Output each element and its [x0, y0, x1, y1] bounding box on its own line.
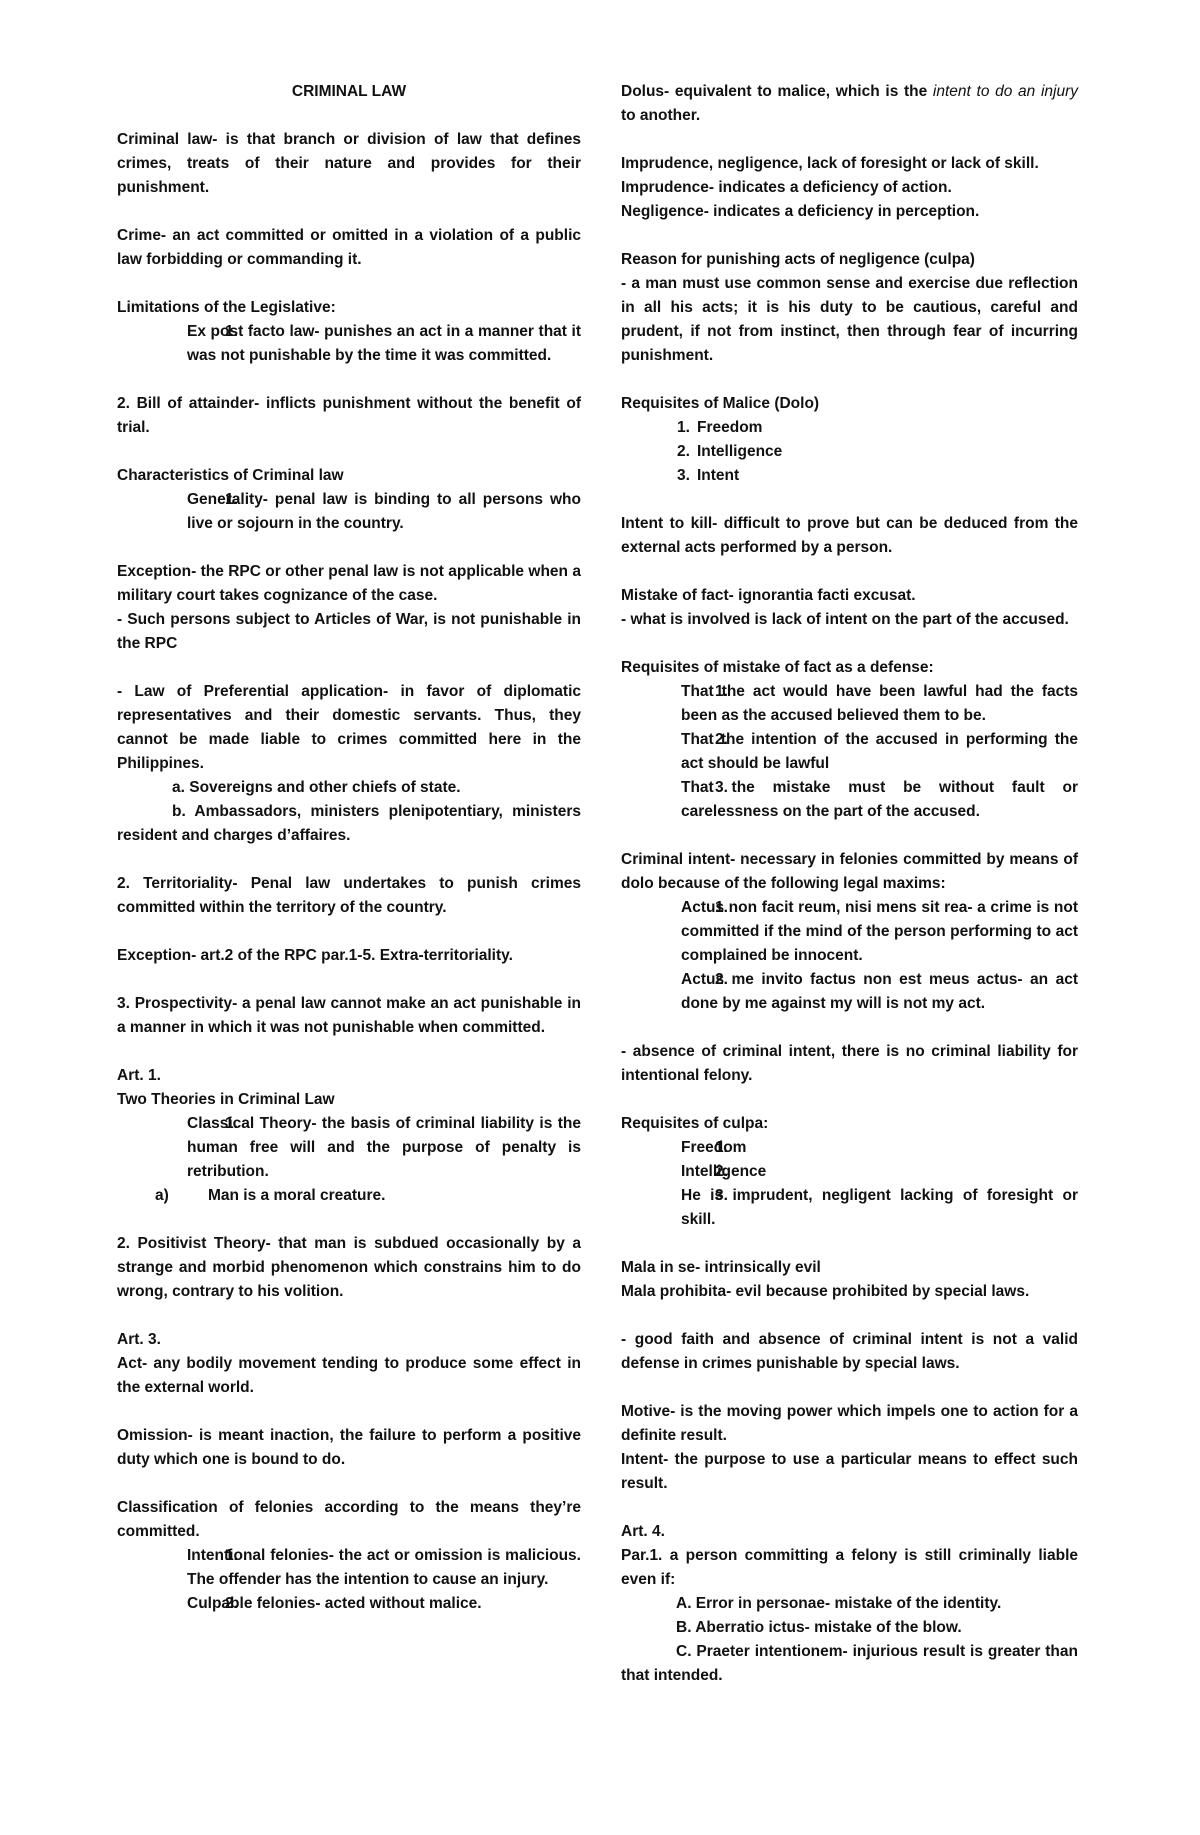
art4-par1: Par.1. a person committing a felony is s… — [621, 1544, 1078, 1592]
list-item: 1. Ex post facto law- punishes an act in… — [187, 320, 581, 368]
list-item: 1.Freedom — [681, 1136, 1078, 1160]
list-item: 2.Intelligence — [621, 440, 1078, 464]
malice-requisites-list: 1.Freedom 2.Intelligence 3.Intent — [621, 416, 1078, 488]
preferential-item-b: b. Ambassadors, ministers plenipotentiar… — [117, 800, 581, 848]
right-column: Dolus- equivalent to malice, which is th… — [621, 80, 1078, 1688]
list-item: 1.Actus non facit reum, nisi mens sit re… — [681, 896, 1078, 968]
good-faith-note: - good faith and absence of criminal int… — [621, 1328, 1078, 1376]
document-title: CRIMINAL LAW — [117, 80, 581, 104]
characteristics-list: 1. Generality- penal law is binding to a… — [117, 488, 581, 536]
exception-military: Exception- the RPC or other penal law is… — [117, 560, 581, 608]
par1-item-a: A. Error in personae- mistake of the ide… — [621, 1592, 1078, 1616]
definition-intent: Intent- the purpose to use a particular … — [621, 1448, 1078, 1496]
definition-negligence: Negligence- indicates a deficiency in pe… — [621, 200, 1078, 224]
absence-of-intent: - absence of criminal intent, there is n… — [621, 1040, 1078, 1088]
list-item: 1. Classical Theory- the basis of crimin… — [187, 1112, 581, 1184]
intent-to-kill: Intent to kill- difficult to prove but c… — [621, 512, 1078, 560]
limitations-list: 1. Ex post facto law- punishes an act in… — [117, 320, 581, 368]
reason-heading: Reason for punishing acts of negligence … — [621, 248, 1078, 272]
preferential-application: - Law of Preferential application- in fa… — [117, 680, 581, 776]
definition-imprudence: Imprudence- indicates a deficiency of ac… — [621, 176, 1078, 200]
characteristics-heading: Characteristics of Criminal law — [117, 464, 581, 488]
theories-heading: Two Theories in Criminal Law — [117, 1088, 581, 1112]
positivist-theory: 2. Positivist Theory- that man is subdue… — [117, 1232, 581, 1304]
list-item: 3.Intent — [621, 464, 1078, 488]
imprudence-list: Imprudence, negligence, lack of foresigh… — [621, 152, 1078, 176]
mistake-requisites-list: 1.That the act would have been lawful ha… — [621, 680, 1078, 824]
preferential-item-a: a. Sovereigns and other chiefs of state. — [117, 776, 581, 800]
list-item: 1. Generality- penal law is binding to a… — [187, 488, 581, 536]
list-item: 2.Intelligence — [681, 1160, 1078, 1184]
reason-text: - a man must use common sense and exerci… — [621, 272, 1078, 368]
list-item: 2.That the intention of the accused in p… — [681, 728, 1078, 776]
theories-list: 1. Classical Theory- the basis of crimin… — [117, 1112, 581, 1184]
classification-list: 1. Intentional felonies- the act or omis… — [117, 1544, 581, 1616]
mistake-of-fact: Mistake of fact- ignorantia facti excusa… — [621, 584, 1078, 608]
classification-heading: Classification of felonies according to … — [117, 1496, 581, 1544]
exception-extraterritoriality: Exception- art.2 of the RPC par.1-5. Ext… — [117, 944, 581, 968]
left-column: CRIMINAL LAW Criminal law- is that branc… — [117, 80, 581, 1616]
document-page: CRIMINAL LAW Criminal law- is that branc… — [0, 0, 1200, 1835]
criminal-intent: Criminal intent- necessary in felonies c… — [621, 848, 1078, 896]
definition-act: Act- any bodily movement tending to prod… — [117, 1352, 581, 1400]
maxims-list: 1.Actus non facit reum, nisi mens sit re… — [621, 896, 1078, 1016]
mala-in-se: Mala in se- intrinsically evil — [621, 1256, 1078, 1280]
art3-heading: Art. 3. — [117, 1328, 581, 1352]
par1-item-b: B. Aberratio ictus- mistake of the blow. — [621, 1616, 1078, 1640]
mistake-requisites-heading: Requisites of mistake of fact as a defen… — [621, 656, 1078, 680]
malice-heading: Requisites of Malice (Dolo) — [621, 392, 1078, 416]
culpa-requisites-list: 1.Freedom 2.Intelligence 3.He is imprude… — [621, 1136, 1078, 1232]
articles-of-war-note: - Such persons subject to Articles of Wa… — [117, 608, 581, 656]
bill-of-attainder: 2. Bill of attainder- inflicts punishmen… — [117, 392, 581, 440]
theory-subitem: a)Man is a moral creature. — [117, 1184, 581, 1208]
definition-crime: Crime- an act committed or omitted in a … — [117, 224, 581, 272]
art4-heading: Art. 4. — [621, 1520, 1078, 1544]
list-item: 2.Actus me invito factus non est meus ac… — [681, 968, 1078, 1016]
territoriality: 2. Territoriality- Penal law undertakes … — [117, 872, 581, 920]
mala-prohibita: Mala prohibita- evil because prohibited … — [621, 1280, 1078, 1304]
list-item: 2. Culpable felonies- acted without mali… — [187, 1592, 581, 1616]
art1-heading: Art. 1. — [117, 1064, 581, 1088]
definition-dolus: Dolus- equivalent to malice, which is th… — [621, 80, 1078, 128]
mistake-note: - what is involved is lack of intent on … — [621, 608, 1078, 632]
list-item: 3.He is imprudent, negligent lacking of … — [681, 1184, 1078, 1232]
list-item: 1.That the act would have been lawful ha… — [681, 680, 1078, 728]
definition-criminal-law: Criminal law- is that branch or division… — [117, 128, 581, 200]
culpa-heading: Requisites of culpa: — [621, 1112, 1078, 1136]
definition-omission: Omission- is meant inaction, the failure… — [117, 1424, 581, 1472]
list-item: 1. Intentional felonies- the act or omis… — [187, 1544, 581, 1592]
par1-item-c: C. Praeter intentionem- injurious result… — [621, 1640, 1078, 1688]
list-item: 1.Freedom — [621, 416, 1078, 440]
definition-motive: Motive- is the moving power which impels… — [621, 1400, 1078, 1448]
list-item: 3.That the mistake must be without fault… — [681, 776, 1078, 824]
limitations-heading: Limitations of the Legislative: — [117, 296, 581, 320]
prospectivity: 3. Prospectivity- a penal law cannot mak… — [117, 992, 581, 1040]
